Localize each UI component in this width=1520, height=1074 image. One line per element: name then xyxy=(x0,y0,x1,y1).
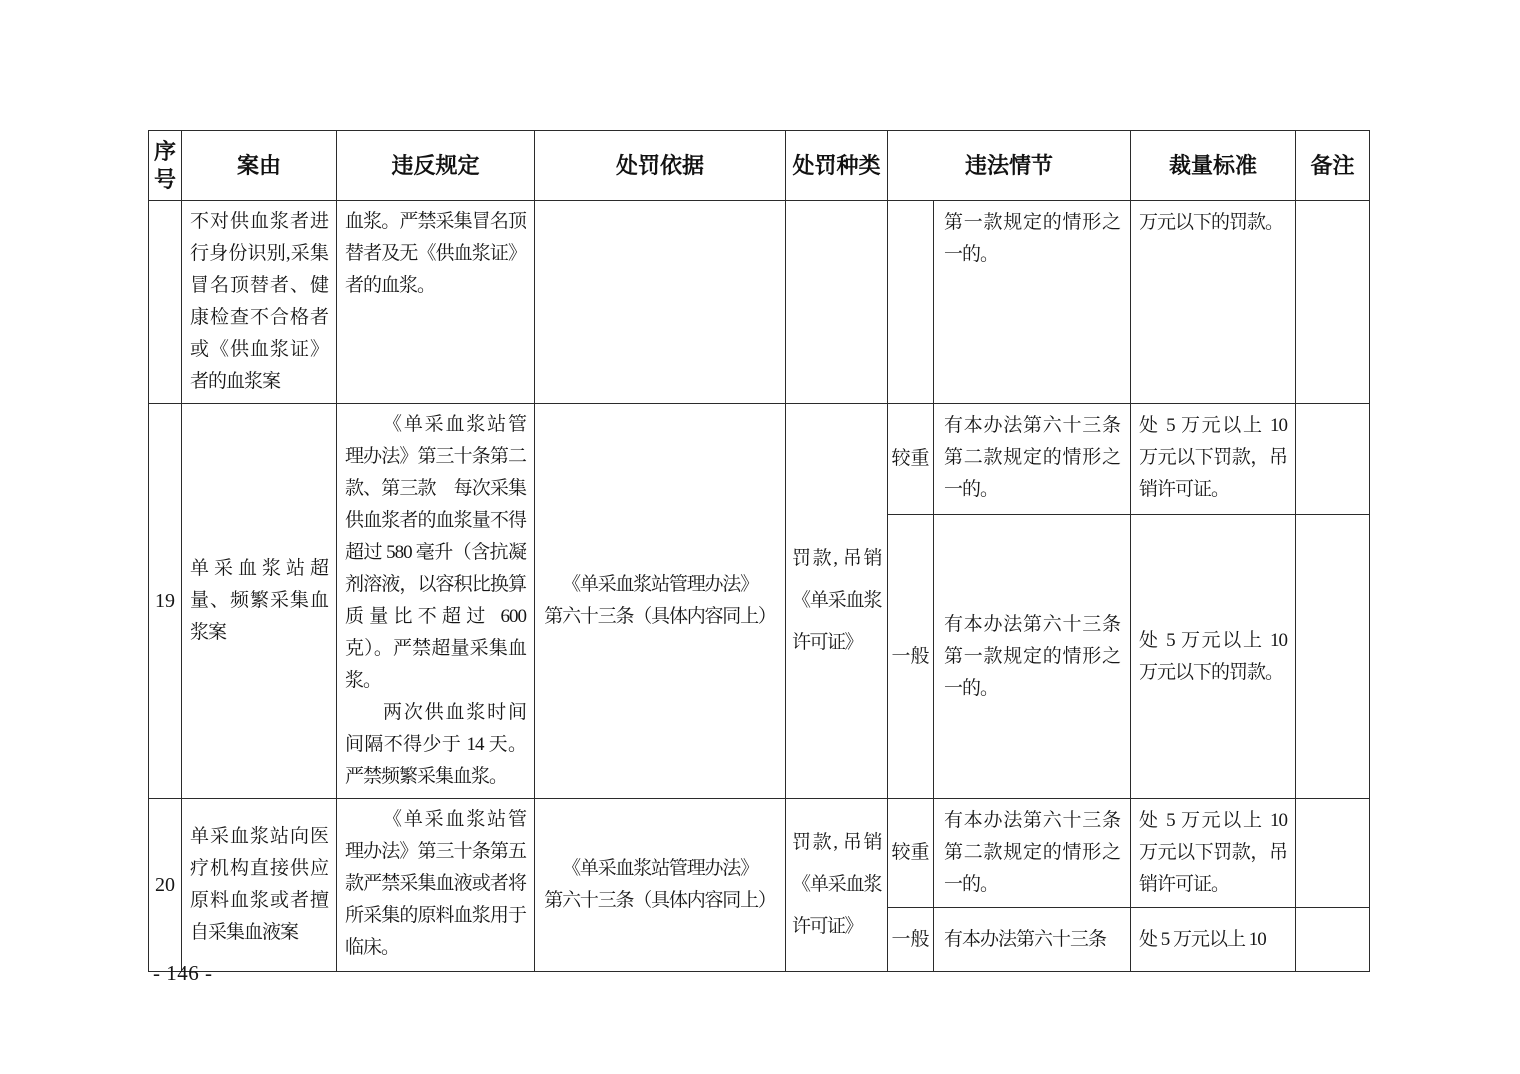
header-case: 案由 xyxy=(182,131,337,201)
row19-basis-cell: 《单采血浆站管理办法》 第六十三条（具体内容同上） xyxy=(535,404,786,799)
header-violated-provision: 违反规定 xyxy=(337,131,535,201)
row20-general-standard-cell: 处 5 万元以上 10 xyxy=(1131,908,1296,972)
row19-general-level-cell: 一般 xyxy=(888,515,934,799)
table-header-row: 序号 案由 违反规定 处罚依据 处罚种类 违法情节 裁量标准 备注 xyxy=(149,131,1370,201)
cont-standard-cell: 万元以下的罚款。 xyxy=(1131,201,1296,404)
continuation-row: 不对供血浆者进行身份识别,采集冒名顶替者、健康检查不合格者或《供血浆证》者的血浆… xyxy=(149,201,1370,404)
page-number: - 146 - xyxy=(153,961,213,986)
header-penalty-basis: 处罚依据 xyxy=(535,131,786,201)
row19-severe-level-cell: 较重 xyxy=(888,404,934,515)
row20-general-circumstance-cell: 有本办法第六十三条 xyxy=(934,908,1131,972)
row19-severe-remarks-cell xyxy=(1296,404,1370,515)
document-page: 序号 案由 违反规定 处罚依据 处罚种类 违法情节 裁量标准 备注 不对供血浆者… xyxy=(0,0,1520,1074)
header-serial-number: 序号 xyxy=(149,131,182,201)
row20-severe-standard-cell: 处 5 万元以上 10 万元以下罚款，吊销许可证。 xyxy=(1131,799,1296,908)
header-illegal-circumstance: 违法情节 xyxy=(888,131,1131,201)
cont-remarks-cell xyxy=(1296,201,1370,404)
row20-severe-remarks-cell xyxy=(1296,799,1370,908)
row19-severe-circumstance-cell: 有本办法第六十三条第二款规定的情形之一的。 xyxy=(934,404,1131,515)
row20-general-level-cell: 一般 xyxy=(888,908,934,972)
cont-severity-cell xyxy=(888,201,934,404)
cont-circumstance-cell: 第一款规定的情形之一的。 xyxy=(934,201,1131,404)
cont-serial-cell xyxy=(149,201,182,404)
row20-case-cell: 单采血浆站向医疗机构直接供应原料血浆或者擅自采集血液案 xyxy=(182,799,337,972)
row20-serial-cell: 20 xyxy=(149,799,182,972)
row-19-severe: 19 单采血浆站超量、频繁采集血浆案 《单采血浆站管理办法》第三十条第二款、第三… xyxy=(149,404,1370,515)
header-remarks: 备注 xyxy=(1296,131,1370,201)
cont-penalty-type-cell xyxy=(786,201,888,404)
row20-penalty-type-cell: 罚款, 吊销《单采血浆许可证》 xyxy=(786,799,888,972)
row20-severe-level-cell: 较重 xyxy=(888,799,934,908)
row19-general-standard-cell: 处 5 万元以上 10 万元以下的罚款。 xyxy=(1131,515,1296,799)
row19-violation-paragraph-2: 两次供血浆时间间隔不得少于 14 天。严禁频繁采集血浆。 xyxy=(345,697,526,793)
penalty-table: 序号 案由 违反规定 处罚依据 处罚种类 违法情节 裁量标准 备注 不对供血浆者… xyxy=(148,130,1370,972)
cont-case-cell: 不对供血浆者进行身份识别,采集冒名顶替者、健康检查不合格者或《供血浆证》者的血浆… xyxy=(182,201,337,404)
row-20-severe: 20 单采血浆站向医疗机构直接供应原料血浆或者擅自采集血液案 《单采血浆站管理办… xyxy=(149,799,1370,908)
cont-violation-cell: 血浆。严禁采集冒名顶替者及无《供血浆证》者的血浆。 xyxy=(337,201,535,404)
row19-case-cell: 单采血浆站超量、频繁采集血浆案 xyxy=(182,404,337,799)
row20-severe-circumstance-cell: 有本办法第六十三条第二款规定的情形之一的。 xyxy=(934,799,1131,908)
cont-basis-cell xyxy=(535,201,786,404)
row19-penalty-type-cell: 罚款, 吊销《单采血浆许可证》 xyxy=(786,404,888,799)
header-penalty-type: 处罚种类 xyxy=(786,131,888,201)
header-discretion-standard: 裁量标准 xyxy=(1131,131,1296,201)
row20-general-remarks-cell xyxy=(1296,908,1370,972)
row20-violation-cell: 《单采血浆站管理办法》第三十条第五款严禁采集血液或者将所采集的原料血浆用于临床。 xyxy=(337,799,535,972)
row20-basis-cell: 《单采血浆站管理办法》 第六十三条（具体内容同上） xyxy=(535,799,786,972)
row19-serial-cell: 19 xyxy=(149,404,182,799)
row19-general-remarks-cell xyxy=(1296,515,1370,799)
row19-violation-cell: 《单采血浆站管理办法》第三十条第二款、第三款 每次采集供血浆者的血浆量不得超过 … xyxy=(337,404,535,799)
row19-violation-paragraph-1: 《单采血浆站管理办法》第三十条第二款、第三款 每次采集供血浆者的血浆量不得超过 … xyxy=(345,409,526,697)
row19-general-circumstance-cell: 有本办法第六十三条第一款规定的情形之一的。 xyxy=(934,515,1131,799)
row20-violation-paragraph-1: 《单采血浆站管理办法》第三十条第五款严禁采集血液或者将所采集的原料血浆用于临床。 xyxy=(345,804,526,964)
row19-severe-standard-cell: 处 5 万元以上 10 万元以下罚款，吊销许可证。 xyxy=(1131,404,1296,515)
